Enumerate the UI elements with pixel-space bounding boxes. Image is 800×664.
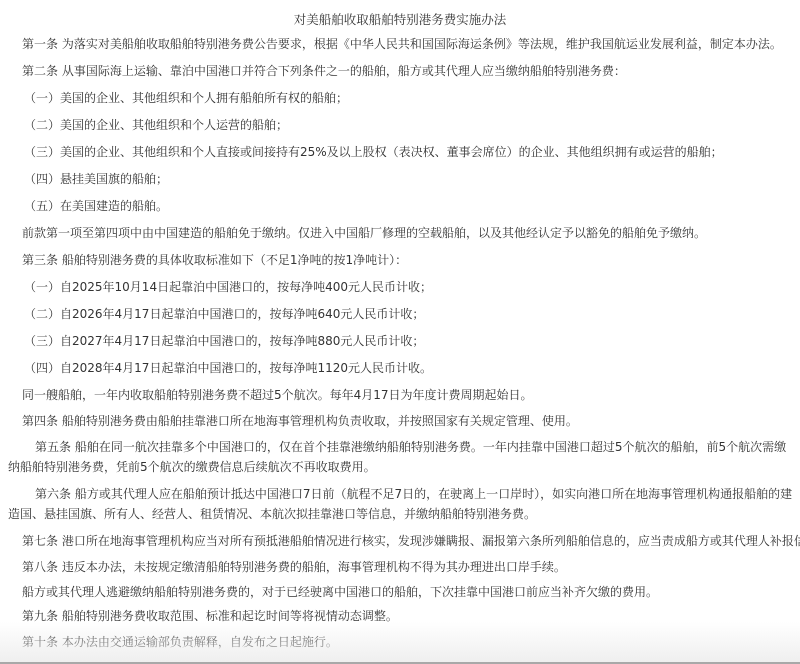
article-2-item-3: （三）美国的企业、其他组织和个人直接或间接持有25%及以上股权（表决权、董事会席… <box>24 142 723 162</box>
article-3-voyage-limit-note: 同一艘船舶，一年内收取船舶特别港务费不超过5个航次。每年4月17日为年度计费周期… <box>22 385 533 405</box>
article-2-item-2: （二）美国的企业、其他组织和个人运营的船舶； <box>24 115 288 135</box>
article-1: 第一条 为落实对美船舶收取船舶特别港务费公告要求，根据《中华人民共和国国际海运条… <box>22 34 782 54</box>
article-2-exemption-note: 前款第一项至第四项中由中国建造的船舶免于缴纳。仅进入中国船厂修理的空载船舶，以及… <box>22 223 706 243</box>
article-2: 第二条 从事国际海上运输、靠泊中国港口并符合下列条件之一的船舶，船方或其代理人应… <box>22 61 626 81</box>
article-6: 第六条 船方或其代理人应在船舶预计抵达中国港口7日前（航程不足7日的，在驶离上一… <box>8 484 793 524</box>
article-2-item-4: （四）悬挂美国旗的船舶； <box>24 169 168 189</box>
document-title: 对美船舶收取船舶特别港务费实施办法 <box>0 10 800 28</box>
article-8-evasion-note: 船方或其代理人逃避缴纳船舶特别港务费的，对于已经驶离中国港口的船舶，下次挂靠中国… <box>22 582 658 602</box>
article-10: 第十条 本办法由交通运输部负责解释，自发布之日起施行。 <box>22 632 338 652</box>
article-3-item-3: （三）自2027年4月17日起靠泊中国港口的，按每净吨880元人民币计收； <box>24 331 424 351</box>
article-9: 第九条 船舶特别港务费收取范围、标准和起讫时间等将视情动态调整。 <box>22 606 398 626</box>
article-7: 第七条 港口所在地海事管理机构应当对所有预抵港船舶情况进行核实，发现涉嫌瞒报、漏… <box>22 531 800 551</box>
article-2-item-5: （五）在美国建造的船舶。 <box>24 196 168 216</box>
article-3-item-1: （一）自2025年10月14日起靠泊中国港口的，按每净吨400元人民币计收； <box>24 277 432 297</box>
article-5: 第五条 船舶在同一航次挂靠多个中国港口的，仅在首个挂靠港缴纳船舶特别港务费。一年… <box>8 437 793 477</box>
article-4: 第四条 船舶特别港务费由船舶挂靠港口所在地海事管理机构负责收取，并按照国家有关规… <box>22 411 578 431</box>
article-2-item-1: （一）美国的企业、其他组织和个人拥有船舶所有权的船舶； <box>24 88 348 108</box>
article-3: 第三条 船舶特别港务费的具体收取标准如下（不足1净吨的按1净吨计）： <box>22 250 407 270</box>
article-3-item-4: （四）自2028年4月17日起靠泊中国港口的，按每净吨1120元人民币计收。 <box>24 358 432 378</box>
article-3-item-2: （二）自2026年4月17日起靠泊中国港口的，按每净吨640元人民币计收； <box>24 304 424 324</box>
article-8: 第八条 违反本办法，未按规定缴清船舶特别港务费的船舶，海事管理机构不得为其办理进… <box>22 557 566 577</box>
document-page: 对美船舶收取船舶特别港务费实施办法 第一条 为落实对美船舶收取船舶特别港务费公告… <box>0 0 800 664</box>
